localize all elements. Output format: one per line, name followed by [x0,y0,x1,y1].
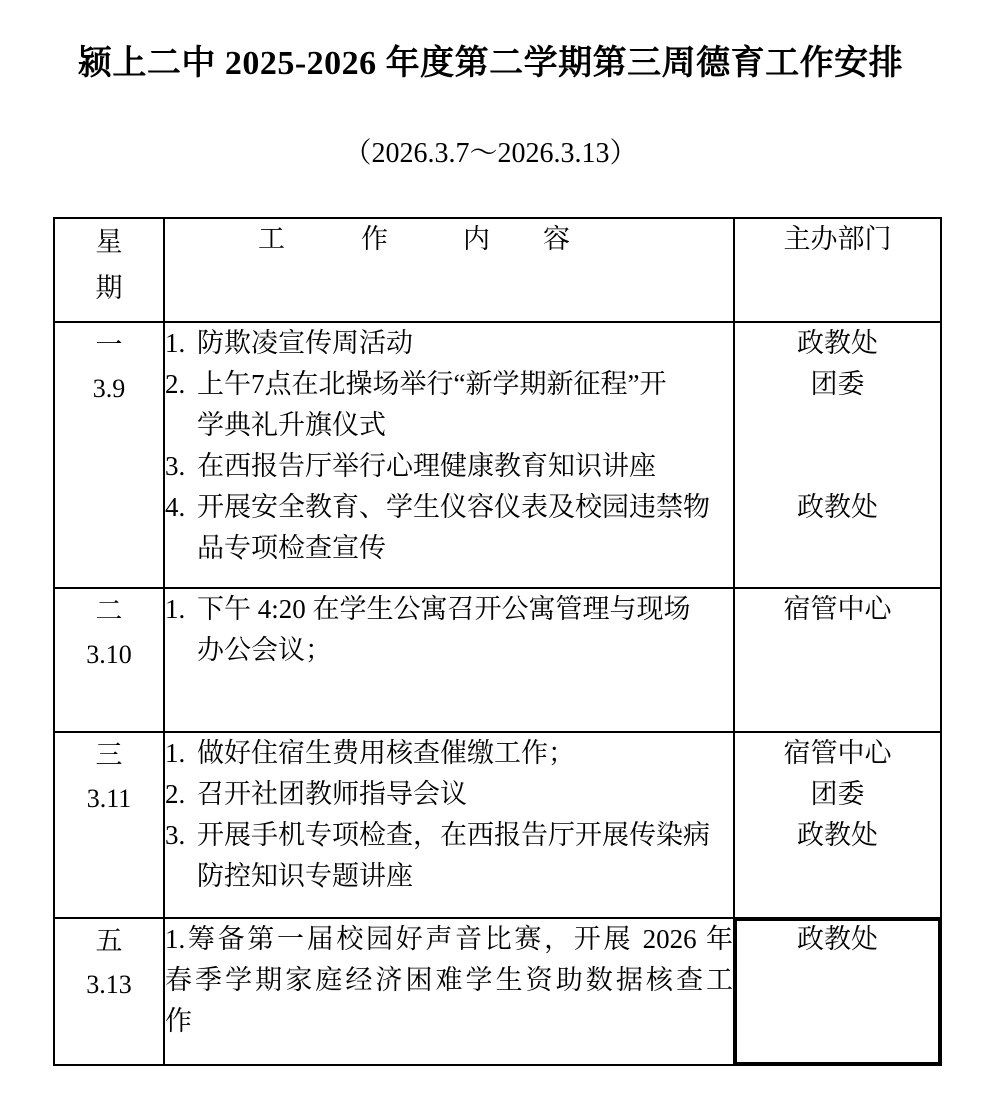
day-label: 三 [55,733,163,777]
item-line: 4.开展安全教育、学生仪容仪表及校园违禁物 [197,487,733,528]
department-cell: 政教处 [734,918,941,1065]
header-content-char: 工 [258,219,285,260]
table-row: 二 3.10 1.下午 4:20 在学生公寓召开公寓管理与现场 办公会议； 宿管… [54,588,941,732]
work-content-cell: 1.下午 4:20 在学生公寓召开公寓管理与现场 办公会议； [164,588,734,732]
item-line: 防控知识专题讲座 [197,856,733,897]
item-line: 2.上午7点在北操场举行“新学期新征程”开 [197,364,733,405]
item-marker: 1. [165,323,197,364]
work-item: 3.开展手机专项检查，在西报告厅开展传染病 防控知识专题讲座 [165,815,733,897]
day-cell: 一 3.9 [54,322,164,588]
item-marker: 1. [165,589,197,630]
day-cell: 二 3.10 [54,588,164,732]
item-line: 1.防欺凌宣传周活动 [197,323,733,364]
item-line: 品专项检查宣传 [197,528,733,569]
work-item: 1.筹备第一届校园好声音比赛，开展 2026 年 春季学期家庭经济困难学生资助数… [165,919,733,1042]
item-text: 开展手机专项检查，在西报告厅开展传染病 [197,820,710,850]
item-line: 学典礼升旗仪式 [197,405,733,446]
work-item: 1.下午 4:20 在学生公寓召开公寓管理与现场 办公会议； [165,589,733,671]
item-line: 3.开展手机专项检查，在西报告厅开展传染病 [197,815,733,856]
day-date: 3.11 [55,777,163,821]
item-text: 在西报告厅举行心理健康教育知识讲座 [197,451,656,481]
item-marker: 4. [165,487,197,528]
department-line: 政教处 [735,487,940,528]
item-line: 办公会议； [197,630,733,671]
page-title: 颍上二中 2025-2026 年度第二学期第三周德育工作安排 [0,42,981,86]
department-cell: 宿管中心 [734,588,941,732]
department-line: 政教处 [735,323,940,364]
header-day-char: 期 [55,265,163,311]
work-item: 3.在西报告厅举行心理健康教育知识讲座 [165,446,733,487]
day-date: 3.13 [55,963,163,1007]
item-text: 下午 4:20 在学生公寓召开公寓管理与现场 [197,594,691,624]
work-content-cell: 1.防欺凌宣传周活动 2.上午7点在北操场举行“新学期新征程”开 学典礼升旗仪式… [164,322,734,588]
item-text: 筹备第一届校园好声音比赛，开展 2026 年 [185,924,733,954]
day-cell: 五 3.13 [54,918,164,1065]
header-content-char: 容 [543,219,570,260]
header-cell-day: 星 期 [54,218,164,322]
department-line [735,446,940,487]
item-marker: 3. [165,446,197,487]
work-item: 1.做好住宿生费用核查催缴工作； [165,733,733,774]
item-line: 作 [165,1001,733,1042]
day-label: 二 [55,589,163,633]
header-day-char: 星 [55,219,163,265]
header-cell-content: 工 作 内 容 [164,218,734,322]
work-content-cell: 1.筹备第一届校园好声音比赛，开展 2026 年 春季学期家庭经济困难学生资助数… [164,918,734,1065]
work-item: 4.开展安全教育、学生仪容仪表及校园违禁物 品专项检查宣传 [165,487,733,569]
day-date: 3.10 [55,633,163,677]
department-line: 宿管中心 [735,589,940,630]
item-text: 防欺凌宣传周活动 [197,328,413,358]
department-line: 团委 [735,364,940,405]
item-text: 做好住宿生费用核查催缴工作； [197,738,575,768]
department-line: 政教处 [735,815,940,856]
item-marker: 2. [165,364,197,405]
department-line: 宿管中心 [735,733,940,774]
table-header-row: 星 期 工 作 内 容 主办部门 [54,218,941,322]
item-text: 开展安全教育、学生仪容仪表及校园违禁物 [197,492,710,522]
day-cell: 三 3.11 [54,732,164,918]
item-marker: 2. [165,774,197,815]
item-marker: 1. [165,733,197,774]
item-line: 1.做好住宿生费用核查催缴工作； [197,733,733,774]
work-content-cell: 1.做好住宿生费用核查催缴工作； 2.召开社团教师指导会议 3.开展手机专项检查… [164,732,734,918]
header-content-char: 作 [361,219,388,260]
department-line: 政教处 [735,919,940,960]
item-line: 3.在西报告厅举行心理健康教育知识讲座 [197,446,733,487]
header-content-char: 内 [463,219,490,260]
day-date: 3.9 [55,367,163,411]
work-item: 2.召开社团教师指导会议 [165,774,733,815]
item-text: 上午7点在北操场举行“新学期新征程”开 [197,369,666,399]
item-line: 1.筹备第一届校园好声音比赛，开展 2026 年 [165,919,733,960]
day-label: 五 [55,919,163,963]
page-subtitle: （2026.3.7～2026.3.13） [0,136,981,172]
header-cell-department: 主办部门 [734,218,941,322]
department-cell: 政教处 团委 政教处 [734,322,941,588]
day-label: 一 [55,323,163,367]
table-row: 一 3.9 1.防欺凌宣传周活动 2.上午7点在北操场举行“新学期新征程”开 学… [54,322,941,588]
item-marker: 3. [165,815,197,856]
department-line: 团委 [735,774,940,815]
work-item: 2.上午7点在北操场举行“新学期新征程”开 学典礼升旗仪式 [165,364,733,446]
item-marker: 1. [165,924,185,954]
item-line: 2.召开社团教师指导会议 [197,774,733,815]
schedule-table: 星 期 工 作 内 容 主办部门 一 3.9 1.防欺凌宣传周活动 2.上午7点… [53,217,942,1066]
table-row: 五 3.13 1.筹备第一届校园好声音比赛，开展 2026 年 春季学期家庭经济… [54,918,941,1065]
item-line: 春季学期家庭经济困难学生资助数据核查工 [165,960,733,1001]
item-line: 1.下午 4:20 在学生公寓召开公寓管理与现场 [197,589,733,630]
item-text: 召开社团教师指导会议 [197,779,467,809]
table-row: 三 3.11 1.做好住宿生费用核查催缴工作； 2.召开社团教师指导会议 3.开… [54,732,941,918]
department-line [735,405,940,446]
department-cell: 宿管中心 团委 政教处 [734,732,941,918]
work-item: 1.防欺凌宣传周活动 [165,323,733,364]
